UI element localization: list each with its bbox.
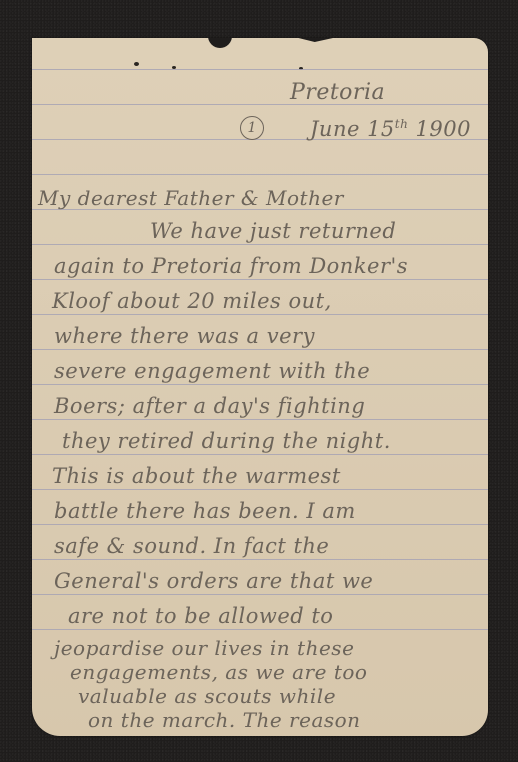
rule-line [32,314,488,315]
letter-place: Pretoria [290,82,385,104]
letter-line: are not to be allowed to [68,606,333,627]
letter-line: Kloof about 20 miles out, [52,291,332,312]
letter-line: engagements, as we are too [70,662,367,682]
letter-line: again to Pretoria from Donker's [54,256,408,277]
date-month-day: June 15 [310,117,395,141]
letter-line: General's orders are that we [54,571,373,592]
letter-salutation: My dearest Father & Mother [38,188,344,208]
rule-line [32,559,488,560]
paper-notch [208,38,232,48]
date-suffix: th [395,117,409,131]
rule-line [32,69,488,70]
rule-line [32,594,488,595]
rule-line [32,244,488,245]
letter-line: they retired during the night. [62,431,391,452]
rule-line [32,419,488,420]
letter-date: June 15th 1900 [310,118,471,140]
rule-line [32,489,488,490]
torn-top-edge [32,38,488,42]
letter-line: We have just returned [150,221,396,242]
letter-line: where there was a very [54,326,315,347]
letter-page: Pretoria 1 June 15th 1900 My dearest Fat… [32,38,488,736]
rule-line [32,279,488,280]
letter-line: jeopardise our lives in these [54,638,354,658]
ink-speck [134,62,139,66]
date-year: 1900 [416,117,471,141]
letter-line: severe engagement with the [54,361,370,382]
rule-line [32,174,488,175]
letter-line: Boers; after a day's fighting [54,396,365,417]
letter-line: This is about the warmest [52,466,341,487]
rule-line [32,384,488,385]
letter-line: on the march. The reason [88,710,361,730]
letter-line: valuable as scouts while [78,686,336,706]
rule-line [32,349,488,350]
letter-line: battle there has been. I am [54,501,356,522]
rule-line [32,629,488,630]
rule-line [32,524,488,525]
rule-line [32,454,488,455]
rule-line [32,104,488,105]
letter-line: safe & sound. In fact the [54,536,329,557]
page-number-circle: 1 [240,116,264,140]
